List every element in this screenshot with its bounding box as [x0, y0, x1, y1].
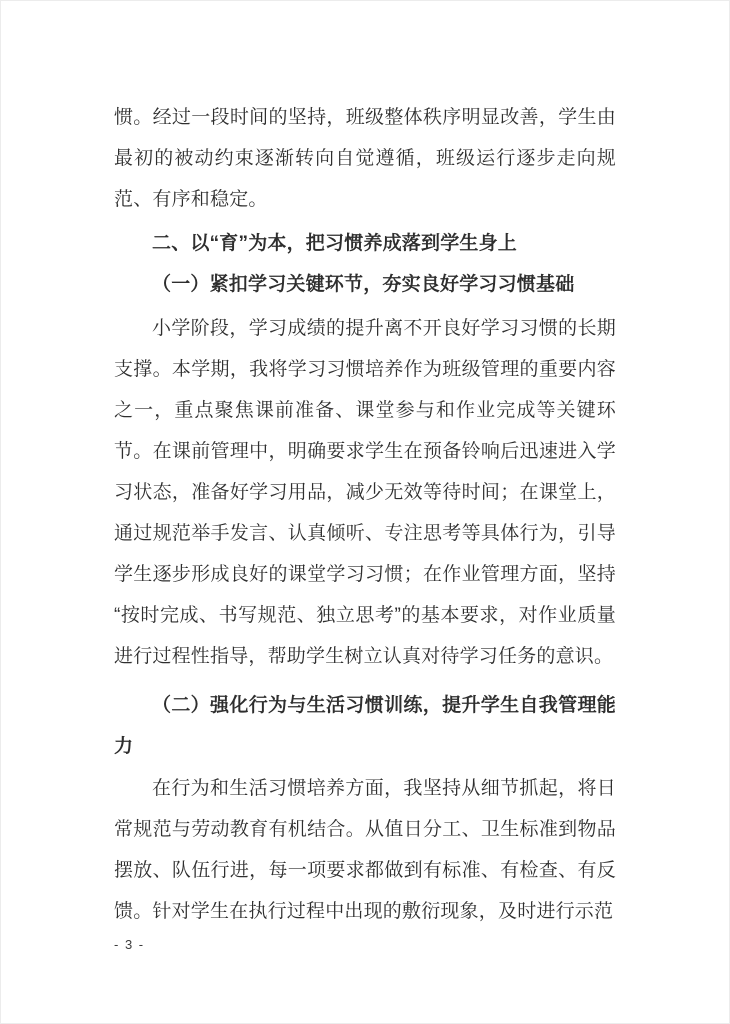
body-paragraph-behavior-habits: 在行为和生活习惯培养方面，我坚持从细节抓起，将日常规范与劳动教育有机结合。从值日…: [114, 768, 616, 932]
document-page: 惯。经过一段时间的坚持，班级整体秩序明显改善，学生由最初的被动约束逐渐转向自觉遵…: [0, 0, 730, 1024]
subsection-heading-2: （二）强化行为与生活习惯训练，提升学生自我管理能力: [114, 685, 616, 767]
section-heading-red: 二、以“育”为本，把习惯养成落到学生身上: [114, 223, 616, 264]
body-paragraph-continuation: 惯。经过一段时间的坚持，班级整体秩序明显改善，学生由最初的被动约束逐渐转向自觉遵…: [114, 97, 616, 220]
page-number: - 3 -: [114, 935, 145, 955]
subsection-heading-1: （一）紧扣学习关键环节，夯实良好学习习惯基础: [114, 264, 616, 305]
page-content: 惯。经过一段时间的坚持，班级整体秩序明显改善，学生由最初的被动约束逐渐转向自觉遵…: [114, 97, 616, 932]
body-paragraph-study-habits: 小学阶段，学习成绩的提升离不开良好学习习惯的长期支撑。本学期，我将学习习惯培养作…: [114, 308, 616, 677]
